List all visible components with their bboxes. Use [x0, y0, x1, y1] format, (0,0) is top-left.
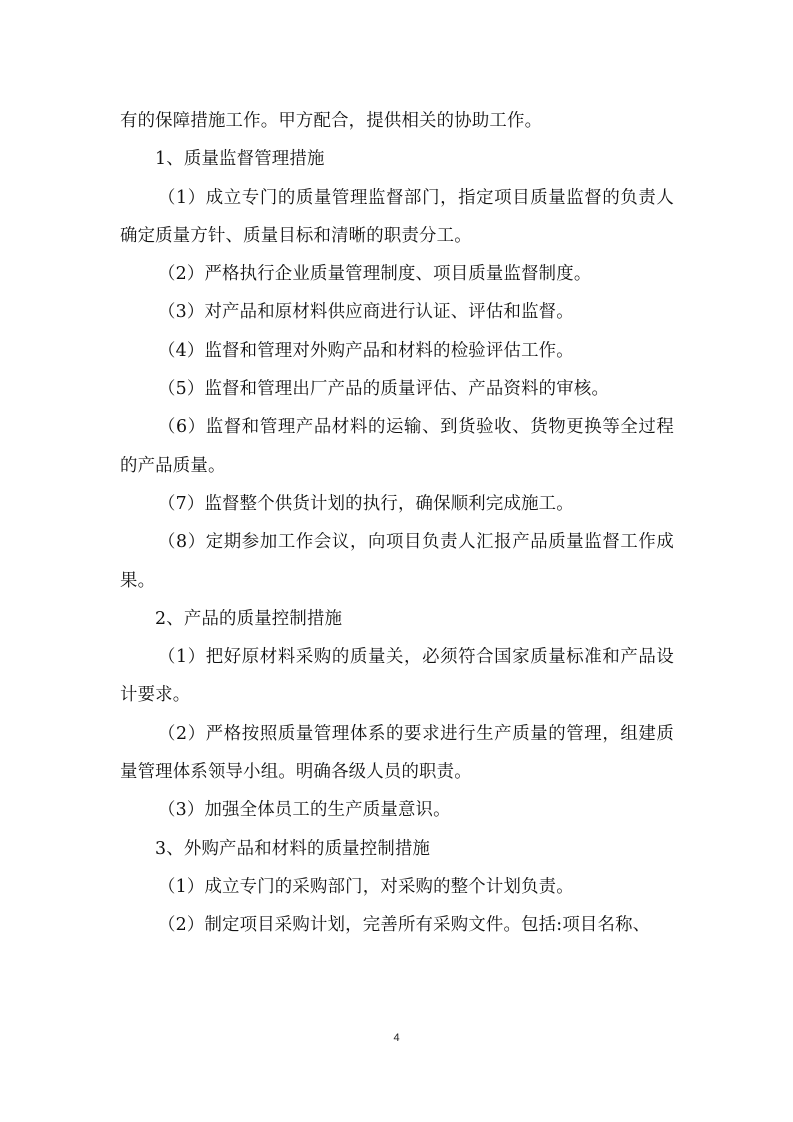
- paragraph-continuation: 有的保障措施工作。甲方配合，提供相关的协助工作。: [120, 102, 674, 140]
- list-item: （3）对产品和原材料供应商进行认证、评估和监督。: [120, 293, 674, 331]
- section-heading-purchased-materials-control: 3、外购产品和材料的质量控制措施: [120, 830, 674, 868]
- page-number: 4: [0, 1032, 793, 1044]
- list-item: （7）监督整个供货计划的执行，确保顺利完成施工。: [120, 485, 674, 523]
- list-item: （6）监督和管理产品材料的运输、到货验收、货物更换等全过程的产品质量。: [120, 408, 674, 485]
- list-item: （2）严格执行企业质量管理制度、项目质量监督制度。: [120, 255, 674, 293]
- list-item: （3）加强全体员工的生产质量意识。: [120, 791, 674, 829]
- page-body: 有的保障措施工作。甲方配合，提供相关的协助工作。 1、质量监督管理措施 （1）成…: [120, 102, 674, 945]
- document-page: 有的保障措施工作。甲方配合，提供相关的协助工作。 1、质量监督管理措施 （1）成…: [0, 0, 793, 1122]
- list-item: （1）成立专门的采购部门，对采购的整个计划负责。: [120, 868, 674, 906]
- list-item: （8）定期参加工作会议，向项目负责人汇报产品质量监督工作成果。: [120, 523, 674, 600]
- list-item: （5）监督和管理出厂产品的质量评估、产品资料的审核。: [120, 370, 674, 408]
- list-item: （2）严格按照质量管理体系的要求进行生产质量的管理，组建质量管理体系领导小组。明…: [120, 715, 674, 792]
- section-heading-quality-supervision: 1、质量监督管理措施: [120, 140, 674, 178]
- list-item: （1）成立专门的质量管理监督部门，指定项目质量监督的负责人确定质量方针、质量目标…: [120, 179, 674, 256]
- section-heading-product-quality-control: 2、产品的质量控制措施: [120, 600, 674, 638]
- list-item: （2）制定项目采购计划，完善所有采购文件。包括:项目名称、: [120, 906, 674, 944]
- list-item: （1）把好原材料采购的质量关，必须符合国家质量标准和产品设计要求。: [120, 638, 674, 715]
- list-item: （4）监督和管理对外购产品和材料的检验评估工作。: [120, 332, 674, 370]
